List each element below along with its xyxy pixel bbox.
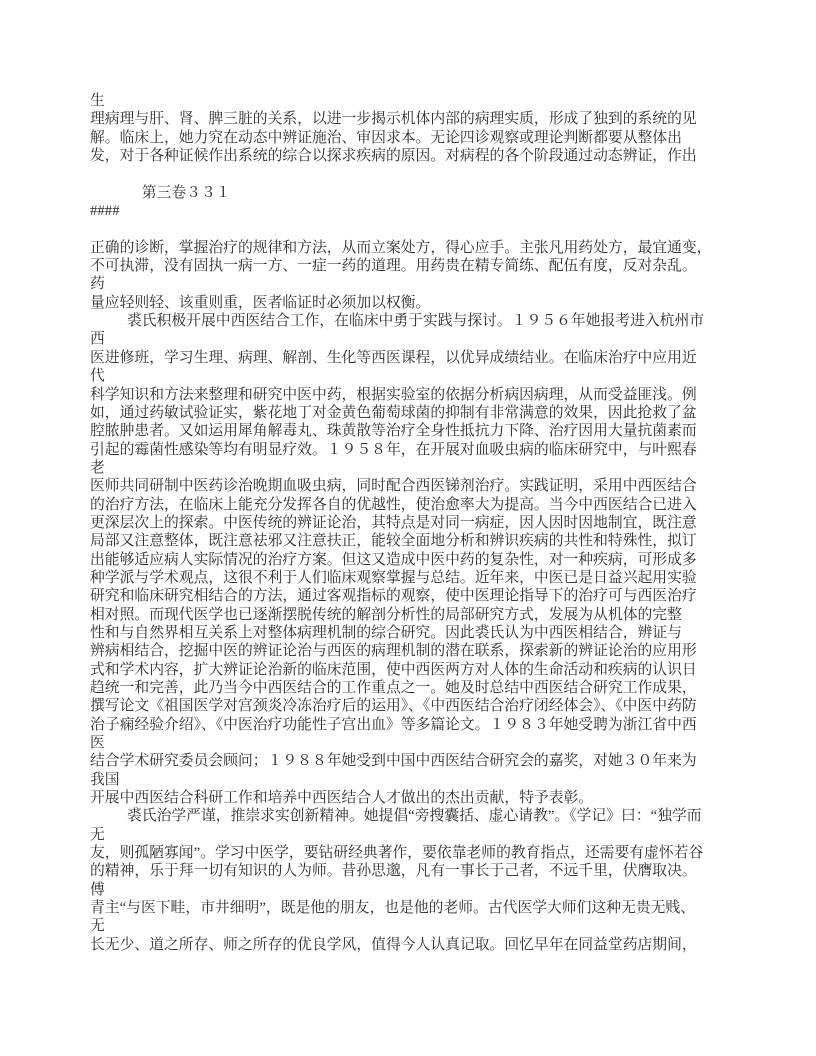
text-line: 科学知识和方法来整理和研究中医中药，根据实验室的依据分析病因病理，从而受益匪浅。… xyxy=(90,386,750,404)
text-line: 傅 xyxy=(90,881,750,899)
text-line: 无 xyxy=(90,917,750,935)
text-line: 青主“与医下畦，市井细明”，既是他的朋友，也是他的老师。古代医学大师们这种无贵无… xyxy=(90,899,750,917)
text-line: 局部又注意整体，既注意祛邪又注意扶正，能较全面地分析和辨识疾病的共性和特殊性，拟… xyxy=(90,532,750,550)
text-line: 解。临床上，她力究在动态中辨证施治、审因求本。无论四诊观察或理论判断都要从整体出 xyxy=(90,129,750,147)
text-block: 生理病理与肝、肾、脾三脏的关系，以进一步揭示机体内部的病理实质，形成了独到的系统… xyxy=(90,92,750,954)
document-page: 生理病理与肝、肾、脾三脏的关系，以进一步揭示机体内部的病理实质，形成了独到的系统… xyxy=(0,0,816,1056)
text-line: 的治疗方法，在临床上能充分发挥各自的优越性，使治愈率大为提高。当今中西医结合已进… xyxy=(90,496,750,514)
text-line: 的精神，乐于拜一切有知识的人为师。昔孙思邈，凡有一事长于己者，不远千里，伏膺取决… xyxy=(90,862,750,880)
text-line: 医师共同研制中医药诊治晚期血吸虫病，同时配合西医锑剂治疗。实践证明，采用中西医结… xyxy=(90,477,750,495)
text-line: 更深层次上的探索。中医传统的辨证论治，其特点是对同一病症，因人因时因地制宜，既注… xyxy=(90,514,750,532)
text-line: 老 xyxy=(90,459,750,477)
text-line: 引起的霉菌性感染等均有明显疗效。１９５８年，在开展对血吸虫病的临床研究中，与叶熙… xyxy=(90,441,750,459)
text-line: 结合学术研究委员会顾问；１９８８年她受到中国中西医结合研究会的嘉奖，对她３０年来… xyxy=(90,752,750,770)
text-line: 出能够适应病人实际情况的治疗方案。但这又造成中医中药的复杂性，对一种疾病，可形成… xyxy=(90,551,750,569)
text-line: 裘氏积极开展中西医结合工作，在临床中勇于实践与探讨。１９５６年她报考进入杭州市 xyxy=(90,312,750,330)
text-line: 种学派与学术观点，这很不利于人们临床观察掌握与总结。近年来，中医已是日益兴起用实… xyxy=(90,569,750,587)
text-line: 裘氏治学严谨，推崇求实创新精神。她提倡“旁搜囊括、虚心请教”。《学记》曰：“独学… xyxy=(90,807,750,825)
text-line: 长无少、道之所存、师之所存的优良学风，值得今人认真记取。回忆早年在同益堂药店期间… xyxy=(90,936,750,954)
text-line: 理病理与肝、肾、脾三脏的关系，以进一步揭示机体内部的病理实质，形成了独到的系统的… xyxy=(90,110,750,128)
text-line: 研究和临床研究相结合的方法，通过客观指标的观察，使中医理论指导下的治疗可与西医治… xyxy=(90,587,750,605)
blank-line xyxy=(90,220,750,238)
text-line: 相对照。而现代医学也已逐渐摆脱传统的解剖分析性的局部研究方式，发展为从机体的完整 xyxy=(90,606,750,624)
text-line: 药 xyxy=(90,275,750,293)
blank-line xyxy=(90,165,750,183)
text-line: 医进修班，学习生理、病理、解剖、生化等西医课程，以优异成绩结业。在临床治疗中应用… xyxy=(90,349,750,367)
text-line: 医 xyxy=(90,734,750,752)
text-line: #### xyxy=(90,202,750,220)
text-line: 代 xyxy=(90,367,750,385)
text-line: 无 xyxy=(90,826,750,844)
text-line: 发，对于各种证候作出系统的综合以探求疾病的原因。对病程的各个阶段通过动态辨证，作… xyxy=(90,147,750,165)
text-line: 我国 xyxy=(90,771,750,789)
text-line: 腔脓肿患者。又如运用犀角解毒丸、珠黄散等治疗全身性抵抗力下降、治疗因用大量抗菌素… xyxy=(90,422,750,440)
text-line: 第三卷３３１ xyxy=(90,184,750,202)
text-line: 趋统一和完善，此乃当今中西医结合的工作重点之一。她及时总结中西医结合研究工作成果… xyxy=(90,679,750,697)
text-line: 性和与自然界相互关系上对整体病理机制的综合研究。因此裘氏认为中西医相结合，辨证与 xyxy=(90,624,750,642)
text-line: 式和学术内容，扩大辨证论治新的临床范围，使中西医两方对人体的生命活动和疾病的认识… xyxy=(90,661,750,679)
text-line: 开展中西医结合科研工作和培养中西医结合人才做出的杰出贡献，特予表彰。 xyxy=(90,789,750,807)
text-line: 友，则孤陋寡闻”。学习中医学，要钻研经典著作，要依靠老师的教育指点，还需要有虚怀… xyxy=(90,844,750,862)
text-line: 辨病相结合，挖掘中医的辨证论治与西医的病理机制的潜在联系，探索新的辨证论治的应用… xyxy=(90,642,750,660)
text-line: 量应轻则轻、该重则重，医者临证时必须加以权衡。 xyxy=(90,294,750,312)
text-line: 不可执滞，没有固执一病一方、一症一药的道理。用药贵在精专简练、配伍有度，反对杂乱… xyxy=(90,257,750,275)
text-line: 撰写论文《祖国医学对宫颈炎冷冻治疗后的运用》、《中西医结合治疗闭经体会》、《中医… xyxy=(90,697,750,715)
text-line: 生 xyxy=(90,92,750,110)
text-line: 如，通过药敏试验证实，紫花地丁对金黄色葡萄球菌的抑制有非常满意的效果，因此抢救了… xyxy=(90,404,750,422)
text-line: 正确的诊断，掌握治疗的规律和方法，从而立案处方，得心应手。主张凡用药处方，最宜通… xyxy=(90,239,750,257)
text-line: 西 xyxy=(90,330,750,348)
text-line: 治子痫经验介绍》、《中医治疗功能性子宫出血》等多篇论文。１９８３年她受聘为浙江省… xyxy=(90,716,750,734)
